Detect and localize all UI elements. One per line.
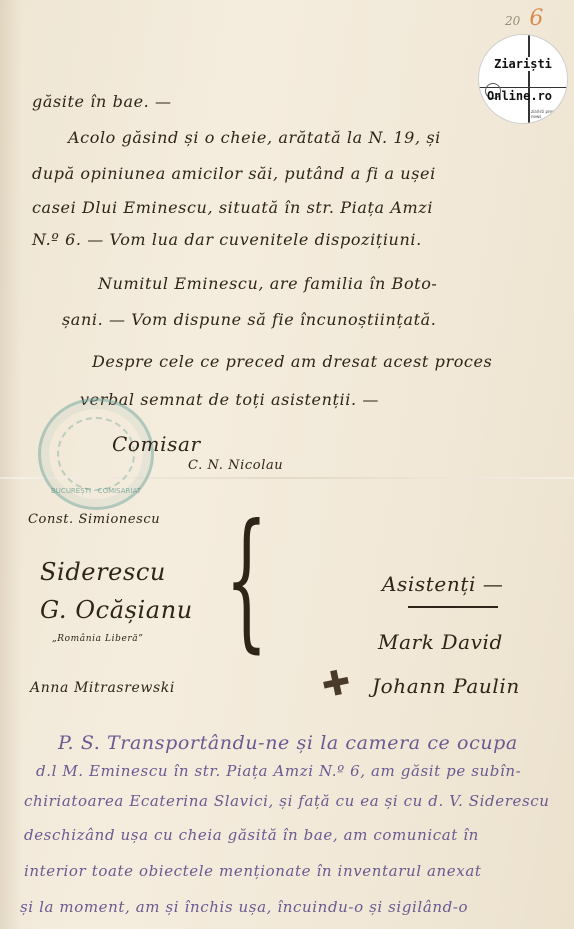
comisar-signature: C. N. Nicolau <box>188 458 283 473</box>
signature-newspaper: „România Liberă” <box>52 634 143 644</box>
body-line: găsite în bae. — <box>32 92 172 111</box>
signature-mark-david: Mark David <box>378 630 503 654</box>
brace-symbol: { <box>225 505 268 655</box>
document-page: 20 6 Ziariști Online.ro ziaristi press n… <box>0 0 574 929</box>
postscript-line: deschizând ușa cu cheia găsită în bae, a… <box>24 826 479 844</box>
signature-mitrasrewski: Anna Mitrasrewski <box>30 680 175 696</box>
postscript-line: d.l M. Eminescu în str. Piața Amzi N.º 6… <box>36 762 521 780</box>
folio-prefix: 20 <box>505 14 520 28</box>
folio-number: 20 6 <box>505 6 543 31</box>
signature-siderescu: Siderescu <box>40 558 166 586</box>
logo-tagline: ziaristi press news <box>531 109 567 119</box>
body-line: Numitul Eminescu, are familia în Boto- <box>98 274 437 293</box>
body-line: Despre cele ce preced am dresat acest pr… <box>92 352 492 371</box>
body-line: Acolo găsind și o cheie, arătată la N. 1… <box>68 128 441 147</box>
body-line: șani. — Vom dispune să fie încunoștiința… <box>62 310 436 329</box>
signature-ocasianu: G. Ocășianu <box>40 596 193 624</box>
watermark-logo: Ziariști Online.ro ziaristi press news <box>478 34 568 124</box>
assistants-underline <box>408 606 498 608</box>
logo-subtitle: Online.ro <box>487 89 552 103</box>
body-line: N.º 6. — Vom lua dar cuvenitele dispoziț… <box>32 230 422 249</box>
postscript-line: chiriatoarea Ecaterina Slavici, și față … <box>24 792 550 810</box>
cross-mark-icon: ✚ <box>318 661 354 706</box>
body-line: după opiniunea amicilor săi, putând a fi… <box>32 164 436 183</box>
folio-page: 6 <box>529 6 543 31</box>
crosshair-vertical <box>528 35 530 123</box>
body-line: casei Dlui Eminescu, situată în str. Pia… <box>32 198 433 217</box>
logo-title: Ziariști <box>479 57 567 71</box>
assistants-label: Asistenți — <box>382 572 504 596</box>
postscript-line: P. S. Transportându-ne și la camera ce o… <box>58 732 518 754</box>
postscript-line: și la moment, am și închis ușa, încuindu… <box>20 898 468 916</box>
stamp-text: BUCUREȘTI · COMISARIAT <box>41 487 151 495</box>
signature-simionescu: Const. Simionescu <box>28 512 160 527</box>
signature-johann-paulin: Johann Paulin <box>372 674 520 698</box>
comisar-label: Comisar <box>112 432 201 456</box>
postscript-line: interior toate obiectele menționate în i… <box>24 862 482 880</box>
